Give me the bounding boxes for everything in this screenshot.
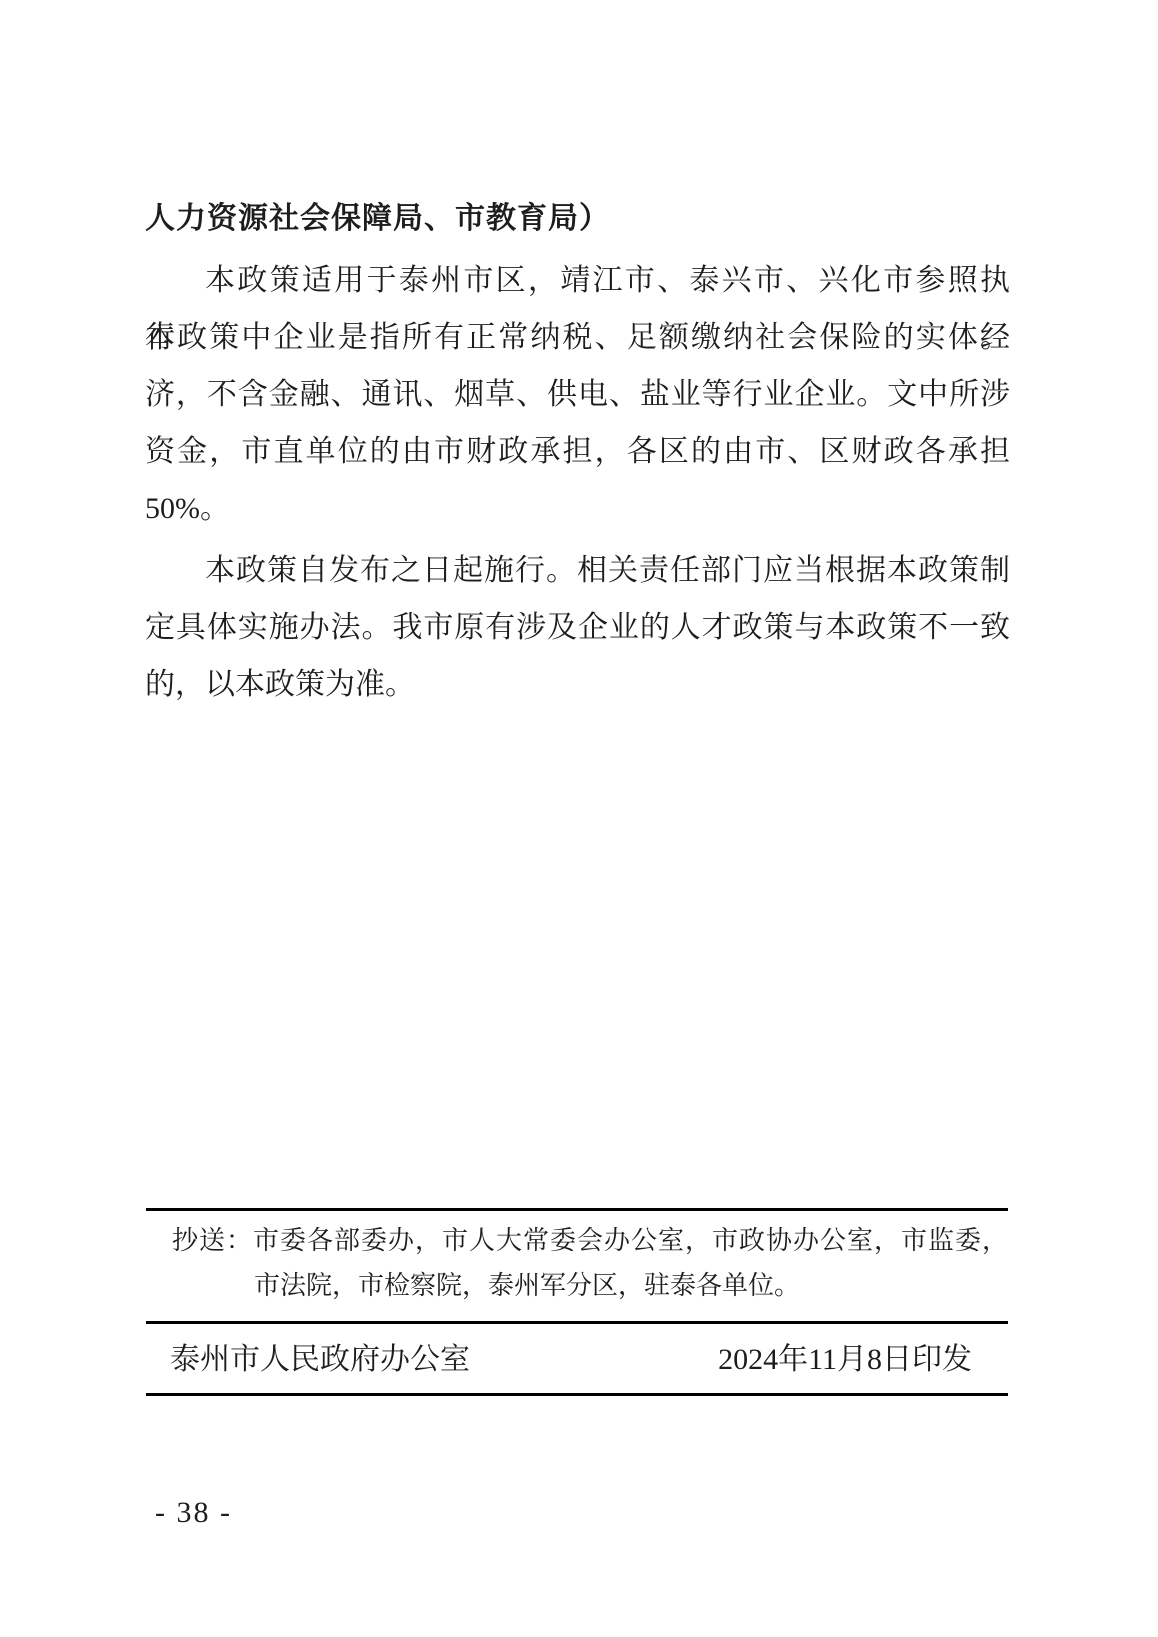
issuer-row: 泰州市人民政府办公室 2024年11月8日印发	[170, 1338, 972, 1382]
paragraph-line: 济，不含金融、通讯、烟草、供电、盐业等行业企业。文中所涉	[145, 366, 1010, 423]
document-body: 人力资源社会保障局、市教育局） 本政策适用于泰州市区，靖江市、泰兴市、兴化市参照…	[145, 190, 1010, 713]
copy-distribution-block: 抄送：市委各部委办，市人大常委会办公室，市政协办公室，市监委， 市法院，市检察院…	[172, 1218, 1008, 1308]
issuing-office: 泰州市人民政府办公室	[170, 1338, 470, 1382]
print-date: 2024年11月8日印发	[718, 1338, 972, 1382]
paragraph-line: 定具体实施办法。我市原有涉及企业的人才政策与本政策不一致	[145, 599, 1010, 656]
paragraph-scope: 本政策适用于泰州市区，靖江市、泰兴市、兴化市参照执行。 本政策中企业是指所有正常…	[145, 252, 1010, 537]
paragraph-line: 的，以本政策为准。	[145, 656, 1010, 713]
paragraph-line: 50%。	[145, 480, 1010, 537]
separator-rule-top	[146, 1208, 1008, 1211]
page-number: - 38 -	[155, 1496, 232, 1530]
paragraph-implementation: 本政策自发布之日起施行。相关责任部门应当根据本政策制 定具体实施办法。我市原有涉…	[145, 542, 1010, 713]
copy-distribution-line: 市法院，市检察院，泰州军分区，驻泰各单位。	[172, 1263, 1008, 1308]
separator-rule-bottom	[146, 1393, 1008, 1396]
copy-distribution-line: 抄送：市委各部委办，市人大常委会办公室，市政协办公室，市监委，	[172, 1218, 1008, 1263]
paragraph-line: 资金，市直单位的由市财政承担，各区的由市、区财政各承担	[145, 423, 1010, 480]
paragraph-line: 本政策自发布之日起施行。相关责任部门应当根据本政策制	[145, 542, 1010, 599]
separator-rule-middle	[146, 1321, 1008, 1324]
document-page: 人力资源社会保障局、市教育局） 本政策适用于泰州市区，靖江市、泰兴市、兴化市参照…	[0, 0, 1158, 1637]
paragraph-line: 本政策适用于泰州市区，靖江市、泰兴市、兴化市参照执行。	[145, 252, 1010, 309]
heading-continuation-line: 人力资源社会保障局、市教育局）	[145, 190, 1010, 247]
paragraph-line: 本政策中企业是指所有正常纳税、足额缴纳社会保险的实体经	[145, 309, 1010, 366]
